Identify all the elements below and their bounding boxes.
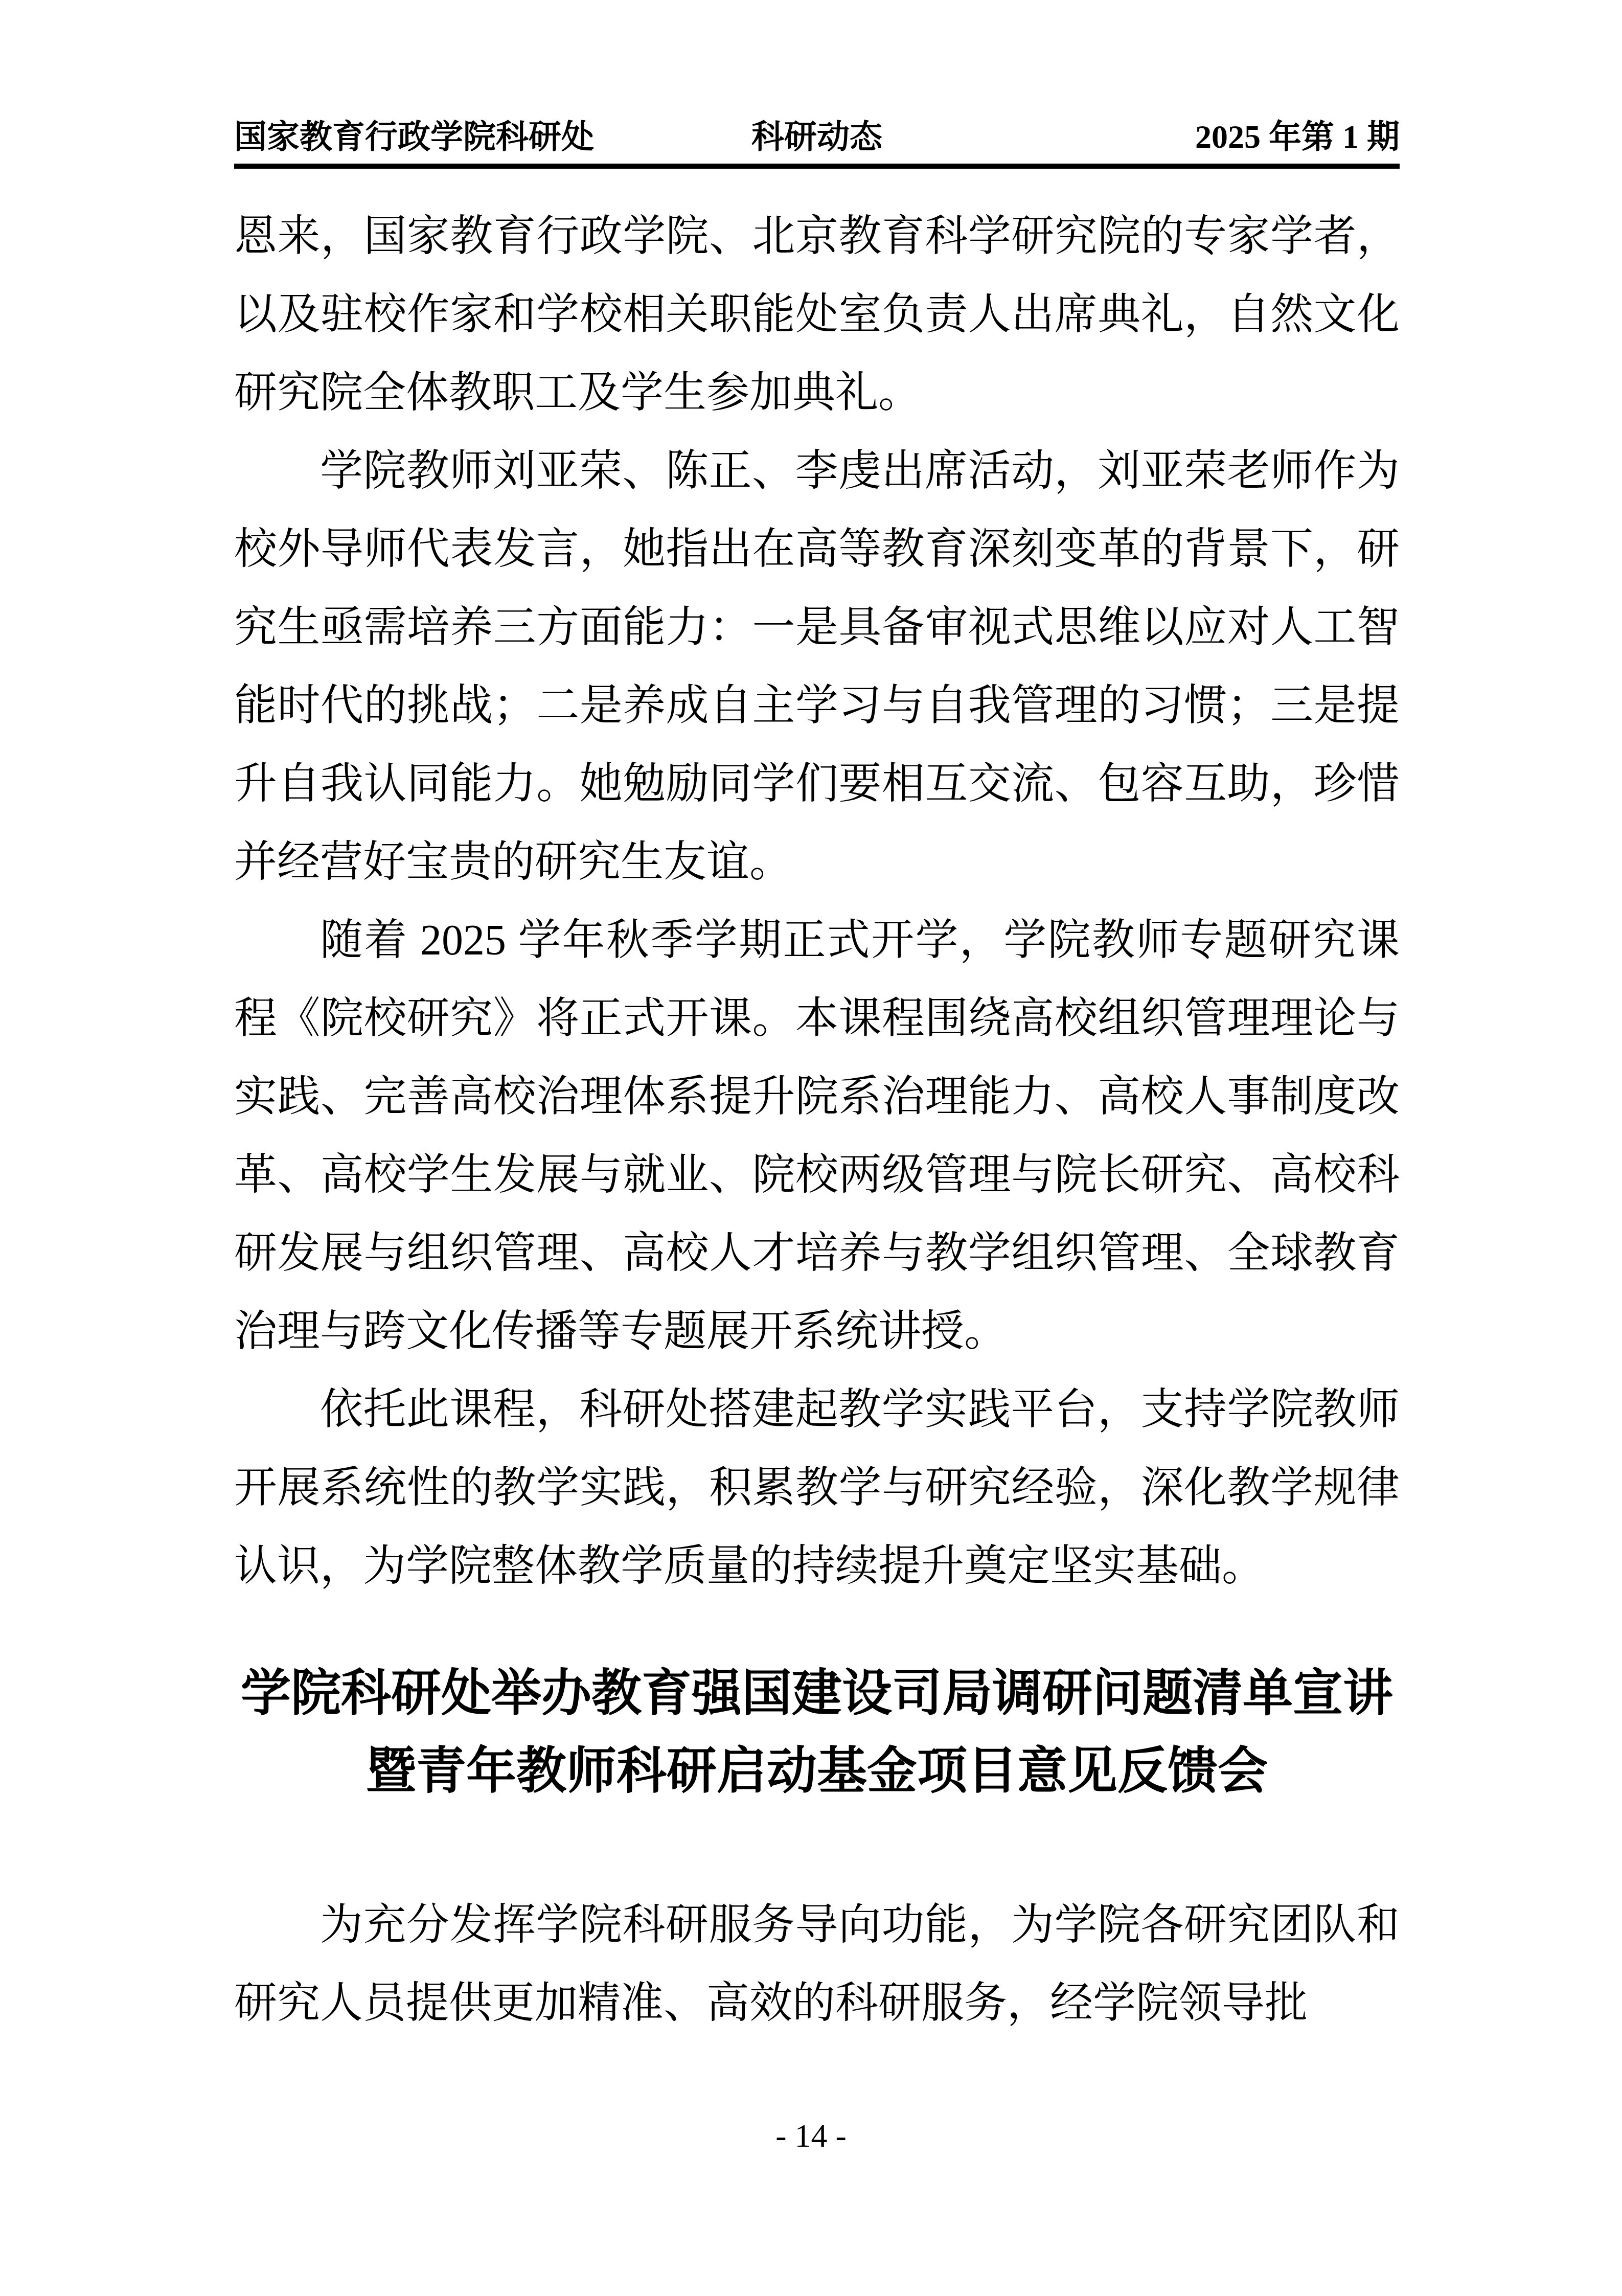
page-number: - 14 - [775, 2118, 847, 2154]
paragraph: 随着 2025 学年秋季学期正式开学，学院教师专题研究课程《院校研究》将正式开课… [234, 901, 1400, 1371]
page-content: 国家教育行政学院科研处 科研动态 2025 年第 1 期 恩来，国家教育行政学院… [234, 118, 1400, 2042]
article-title-line-2: 暨青年教师科研启动基金项目意见反馈会 [234, 1732, 1400, 1809]
header-publication-title: 科研动态 [751, 118, 882, 156]
article-title: 学院科研处举办教育强国建设司局调研问题清单宣讲 暨青年教师科研启动基金项目意见反… [234, 1654, 1400, 1809]
header-issue-number: 2025 年第 1 期 [1195, 118, 1400, 156]
header-organization: 国家教育行政学院科研处 [234, 118, 594, 156]
article-body-second: 为充分发挥学院科研服务导向功能，为学院各研究团队和研究人员提供更加精准、高效的科… [234, 1886, 1400, 2042]
page-footer: - 14 - [0, 2110, 1622, 2162]
article-body: 恩来，国家教育行政学院、北京教育科学研究院的专家学者，以及驻校作家和学校相关职能… [234, 197, 1400, 1605]
paragraph: 学院教师刘亚荣、陈正、李虔出席活动，刘亚荣老师作为校外导师代表发言，她指出在高等… [234, 432, 1400, 901]
page-header: 国家教育行政学院科研处 科研动态 2025 年第 1 期 [234, 118, 1400, 156]
paragraph: 为充分发挥学院科研服务导向功能，为学院各研究团队和研究人员提供更加精准、高效的科… [234, 1886, 1400, 2042]
paragraph: 依托此课程，科研处搭建起教学实践平台，支持学院教师开展系统性的教学实践，积累教学… [234, 1371, 1400, 1605]
document-page: 国家教育行政学院科研处 科研动态 2025 年第 1 期 恩来，国家教育行政学院… [0, 0, 1622, 2296]
paragraph-continuation: 恩来，国家教育行政学院、北京教育科学研究院的专家学者，以及驻校作家和学校相关职能… [234, 197, 1400, 432]
article-title-line-1: 学院科研处举办教育强国建设司局调研问题清单宣讲 [234, 1654, 1400, 1732]
header-divider-rule [234, 164, 1400, 169]
